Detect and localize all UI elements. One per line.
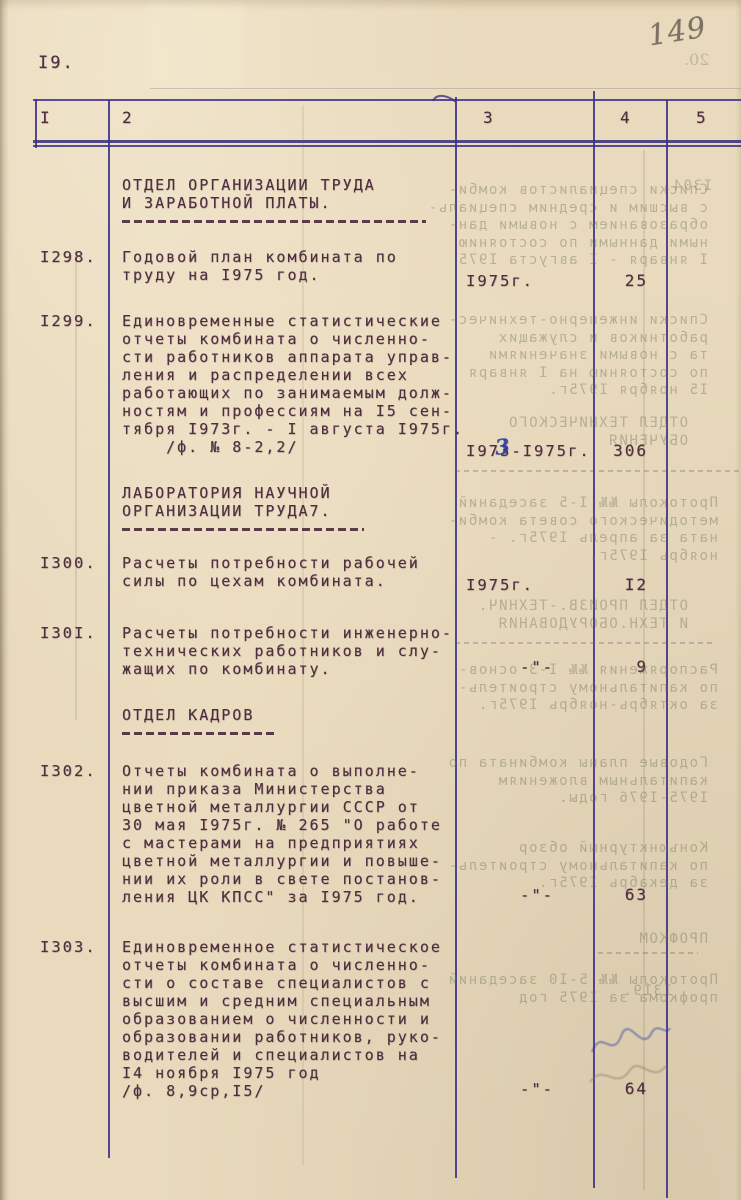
entry-description-line: Расчеты потребности инженерно- xyxy=(122,624,453,642)
bleedthrough-line: И ТЕХН.ОБОРУДОВАНИЯ xyxy=(458,616,688,634)
bleedthrough-line: ноябрь I975г. xyxy=(468,548,718,566)
grid-hline-top xyxy=(33,99,741,101)
bleedthrough-line: за декабрь I975г. xyxy=(468,875,708,893)
bleed-dotted-line xyxy=(598,952,698,954)
bleedthrough-fragment: ПРОФКОМ xyxy=(598,931,708,949)
entry-description-line: ностям и профессиям на I5 сен- xyxy=(122,402,464,420)
entry-description-line: труду на I975 год. xyxy=(122,266,398,284)
section-heading-line: ОТДЕЛ ОРГАНИЗАЦИИ ТРУДА xyxy=(122,176,376,194)
bleedthrough-line: ОТДЕЛ ТЕХНИЧЕСКОГО xyxy=(468,415,688,433)
entry-date-text: -"- xyxy=(520,1080,554,1098)
section-heading-line: И ЗАРАБОТНОЙ ПЛАТЫ. xyxy=(122,194,376,212)
bleed-dotted-line xyxy=(455,470,741,472)
bleedthrough-line: Конъюнктурный обзор xyxy=(468,840,708,858)
entry-number: I298. xyxy=(40,248,97,266)
typed-page-number: I9. xyxy=(38,54,75,72)
bleedthrough-line: ОТДЕЛ ПРОИЗВ.-ТЕХНИЧ. xyxy=(458,598,688,616)
entry-date-text: I975г. xyxy=(466,272,534,290)
entry-description-line: водителей и специалистов на xyxy=(122,1046,442,1064)
entry-description-line: цветной металлургии СССР от xyxy=(122,798,442,816)
entry-description-line: I4 ноября I975 год xyxy=(122,1064,442,1082)
entry-description-line: образовании работников, руко- xyxy=(122,1028,442,1046)
header-col-number: 5 xyxy=(696,109,708,127)
header-col-number: I xyxy=(40,109,52,127)
bleedthrough-line: ната за апрель I975г. - xyxy=(468,530,718,548)
bleedthrough-line: та с новыми значениями xyxy=(468,347,708,365)
entry-description-line: /ф. 8,9ср,I5/ xyxy=(122,1082,442,1100)
bleedthrough-line: профкома за I975 год xyxy=(468,990,718,1008)
entry-sheet-count: 25 xyxy=(592,272,648,290)
entry-number: I302. xyxy=(40,762,97,780)
entry-description-line: Отчеты комбината о выполне- xyxy=(122,762,442,780)
entry-description-line: цветной металлургии и повыше- xyxy=(122,852,442,870)
entry-sheet-count: I2 xyxy=(592,576,648,594)
section-heading: ОТДЕЛ КАДРОВ xyxy=(122,706,254,724)
entry-description-line: тября I973г. - I августа I975г. xyxy=(122,420,464,438)
handwritten-page-number: 149 xyxy=(646,10,709,53)
bleedthrough-fragment: Списки инженерно-техничес-работников и с… xyxy=(468,312,708,400)
entry-description-line: высшим и средним специальным xyxy=(122,992,442,1010)
entry-description-line: работающих по занимаемым долж- xyxy=(122,384,464,402)
bleed-hline xyxy=(150,88,741,89)
bleedthrough-fragment: Годовые планы комбината покапитальным вл… xyxy=(468,755,708,808)
bleed-dotted-line xyxy=(455,642,715,644)
pen-hook-mark xyxy=(430,92,460,106)
bleedthrough-line: капитальным вложениям xyxy=(468,773,708,791)
entry-description-line: /ф. № 8-2,2/ xyxy=(122,438,464,456)
entry-description: Расчеты потребности инженерно-технически… xyxy=(122,624,453,678)
bleedthrough-fragment: ОТДЕЛ ПРОИЗВ.-ТЕХНИЧ.И ТЕХН.ОБОРУДОВАНИЯ xyxy=(458,598,688,633)
entry-sheet-count: 64 xyxy=(592,1080,648,1098)
bleed-page-number: 20. xyxy=(684,50,709,69)
bleedthrough-line: ными данными по состоянию xyxy=(468,235,708,253)
grid-vline-left-stub xyxy=(35,99,37,148)
grid-hline-double-upper xyxy=(33,140,741,143)
bleedthrough-line: Годовые планы комбината по xyxy=(468,755,708,773)
bleedthrough-line: методического совета комби- xyxy=(468,513,718,531)
bleedthrough-line: ОБУЧЕНИЯ xyxy=(468,433,688,451)
bleedthrough-line: ПРОФКОМ xyxy=(598,931,708,949)
header-col-number: 4 xyxy=(620,109,632,127)
entry-description-line: нии приказа Министерства xyxy=(122,780,442,798)
entry-description-line: Расчеты потребности рабочей xyxy=(122,554,420,572)
entry-number: I299. xyxy=(40,312,97,330)
entry-description: Отчеты комбината о выполне-нии приказа М… xyxy=(122,762,442,906)
bleedthrough-fragment: Протоколы №№ 5-I0 заседанийпрофкома за I… xyxy=(468,972,718,1007)
entry-description-line: технических работников и слу- xyxy=(122,642,453,660)
entry-description-line: отчеты комбината о численно- xyxy=(122,956,442,974)
bleedthrough-line: по капитальному строитель- xyxy=(468,680,718,698)
bleedthrough-line: Протоколы №№ I-5 заседаний xyxy=(468,495,718,513)
bleedthrough-line: Распоряжения №№ I-3 основ- xyxy=(468,662,718,680)
entry-date: -"- xyxy=(520,1080,554,1098)
bleedthrough-line: по капитальному строитель- xyxy=(468,858,708,876)
entry-description-line: 30 мая I975г. № 265 "О работе xyxy=(122,816,442,834)
entry-description-line: ления и распределении всех xyxy=(122,366,464,384)
entry-number: I300. xyxy=(40,554,97,572)
bleedthrough-line: Протоколы №№ 5-I0 заседаний xyxy=(468,972,718,990)
header-col-number: 2 xyxy=(122,109,134,127)
bleedthrough-line: работников и служащих xyxy=(468,330,708,348)
entry-description-line: нии их роли в свете постанов- xyxy=(122,870,442,888)
entry-description-line: сти о составе специалистов с xyxy=(122,974,442,992)
bleedthrough-line: I5 ноября I975г. xyxy=(468,382,708,400)
entry-number: I30I. xyxy=(40,624,97,642)
bleedthrough-line: по состоянию на I января xyxy=(468,365,708,383)
entry-description-line: отчеты комбината о численно- xyxy=(122,330,464,348)
bleedthrough-line: за октябрь-ноябрь I975г. xyxy=(468,697,718,715)
entry-date-text: I975г. xyxy=(466,576,534,594)
scan-light-patch xyxy=(145,5,245,90)
section-heading-line: ОРГАНИЗАЦИИ ТРУДА7. xyxy=(122,502,332,520)
bleedthrough-fragment: ОТДЕЛ ТЕХНИЧЕСКОГООБУЧЕНИЯ xyxy=(468,415,688,450)
section-underline xyxy=(122,528,364,531)
entry-description-line: ления ЦК КПСС" за I975 год. xyxy=(122,888,442,906)
entry-description: Единовременные статистическиеотчеты комб… xyxy=(122,312,464,456)
section-heading: ОТДЕЛ ОРГАНИЗАЦИИ ТРУДАИ ЗАРАБОТНОЙ ПЛАТ… xyxy=(122,176,376,212)
bleedthrough-line: I января - I августа I975 xyxy=(468,252,708,270)
entry-description-line: силы по цехам комбината. xyxy=(122,572,420,590)
entry-number: I303. xyxy=(40,938,97,956)
entry-date: I975г. xyxy=(466,272,534,290)
entry-date: I975г. xyxy=(466,576,534,594)
entry-description-line: Единовременные статистические xyxy=(122,312,464,330)
header-col-number: 3 xyxy=(483,109,495,127)
bleedthrough-fragment: I3I9. xyxy=(612,983,672,1001)
entry-description: Расчеты потребности рабочейсилы по цехам… xyxy=(122,554,420,590)
bleedthrough-line: I975-I976 годы. xyxy=(468,790,708,808)
bleedthrough-line: I3I9. xyxy=(612,983,672,1001)
grid-vline-col1 xyxy=(108,100,110,1158)
bleedthrough-line: Списки инженерно-техничес- xyxy=(468,312,708,330)
scanned-page: 149 20. I9. I2345ОТДЕЛ ОРГАНИЗАЦИИ ТРУДА… xyxy=(0,0,741,1200)
bleedthrough-fragment: Протоколы №№ I-5 заседанийметодического … xyxy=(468,495,718,565)
entry-description-line: образованием о численности и xyxy=(122,1010,442,1028)
entry-description-line: Единовременное статистическое xyxy=(122,938,442,956)
bleedthrough-line: I304. xyxy=(652,178,712,196)
bleedthrough-line: с высшим и средним специаль- xyxy=(468,200,708,218)
section-underline xyxy=(122,220,426,223)
section-heading-line: ОТДЕЛ КАДРОВ xyxy=(122,706,254,724)
entry-description-line: Годовой план комбината по xyxy=(122,248,398,266)
entry-description: Годовой план комбината потруду на I975 г… xyxy=(122,248,398,284)
bleedthrough-line: образованием с новыми дан- xyxy=(468,217,708,235)
bleedthrough-fragment: Конъюнктурный обзорпо капитальному строи… xyxy=(468,840,708,893)
entry-description-line: с мастерами на предприятиях xyxy=(122,834,442,852)
section-heading: ЛАБОРАТОРИЯ НАУЧНОЙОРГАНИЗАЦИИ ТРУДА7. xyxy=(122,484,332,520)
section-underline xyxy=(122,732,274,735)
bleedthrough-fragment: Распоряжения №№ I-3 основ-по капитальном… xyxy=(468,662,718,715)
entry-description: Единовременное статистическоеотчеты комб… xyxy=(122,938,442,1100)
entry-description-line: жащих по комбинату. xyxy=(122,660,453,678)
entry-description-line: сти работников аппарата управ- xyxy=(122,348,464,366)
bleedthrough-fragment: I304. xyxy=(652,178,712,196)
grid-hline-double-lower xyxy=(33,145,741,147)
section-heading-line: ЛАБОРАТОРИЯ НАУЧНОЙ xyxy=(122,484,332,502)
